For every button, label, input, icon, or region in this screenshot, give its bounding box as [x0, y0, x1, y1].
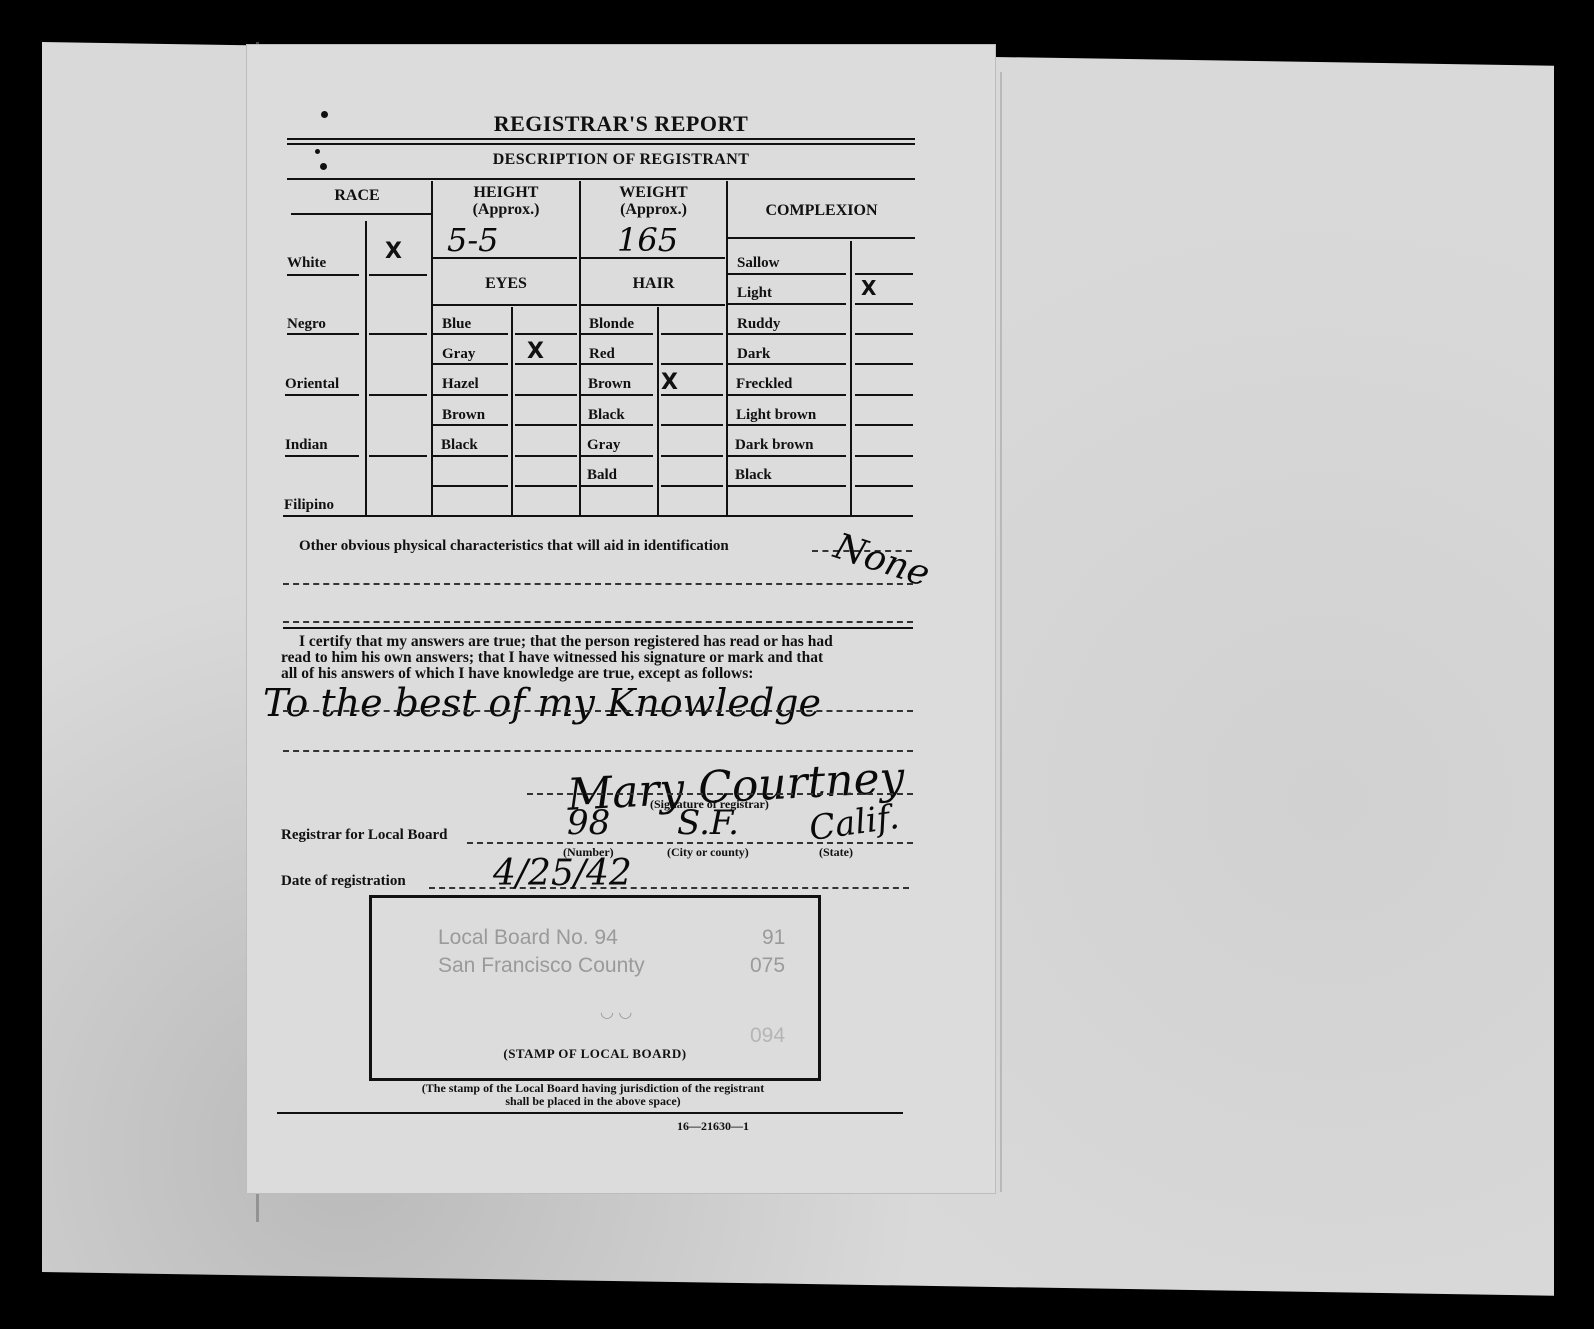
row-rule: [581, 485, 653, 487]
complexion-check-divider: [850, 241, 852, 515]
race-option-oriental: Oriental: [285, 376, 339, 393]
weight-rule: [581, 257, 725, 259]
row-rule: [287, 333, 359, 335]
row-rule: [855, 394, 913, 396]
row-rule: [287, 274, 359, 276]
height-header: HEIGHT: [433, 184, 579, 201]
row-rule: [728, 394, 846, 396]
race-option-negro: Negro: [287, 316, 326, 333]
height-subheader: (Approx.): [433, 201, 579, 218]
complexion-option-dark-brown: Dark brown: [735, 437, 814, 454]
complexion-check-mark[interactable]: X: [861, 276, 876, 300]
signature-line[interactable]: [527, 793, 913, 795]
title-rule-top: [287, 138, 915, 140]
footer-rule: [277, 1112, 903, 1114]
complexion-option-ruddy: Ruddy: [737, 316, 780, 333]
exception-line-2[interactable]: [283, 750, 913, 752]
stamp-caption: (STAMP OF LOCAL BOARD): [372, 1046, 818, 1062]
race-option-white: White: [287, 255, 326, 272]
eyes-option-hazel: Hazel: [442, 376, 479, 393]
row-rule: [581, 424, 653, 426]
hair-option-bald: Bald: [587, 467, 617, 484]
row-rule: [285, 394, 359, 396]
row-rule: [728, 273, 846, 275]
eyes-option-blue: Blue: [442, 316, 471, 333]
section-title: DESCRIPTION OF REGISTRANT: [247, 151, 995, 169]
row-rule: [515, 455, 577, 457]
eyes-header-rule: [433, 304, 577, 306]
hair-option-black: Black: [588, 407, 625, 424]
row-rule: [661, 333, 723, 335]
eyes-header: EYES: [433, 275, 579, 292]
row-rule: [855, 363, 913, 365]
card-shadow-edge: [1000, 72, 1002, 1192]
row-rule: [515, 394, 577, 396]
hair-header-rule: [581, 304, 725, 306]
race-option-indian: Indian: [285, 437, 328, 454]
hair-option-blonde: Blonde: [589, 316, 634, 333]
other-characteristics-label: Other obvious physical characteristics t…: [299, 538, 729, 555]
row-rule: [728, 485, 846, 487]
other-characteristics-line-3[interactable]: [283, 621, 913, 623]
local-board-stamp-box: Local Board No. 94 San Francisco County …: [369, 895, 821, 1081]
form-number: 16—21630—1: [677, 1119, 749, 1134]
complexion-option-light: Light: [737, 285, 772, 302]
weight-subheader: (Approx.): [581, 201, 726, 218]
complexion-option-freckled: Freckled: [736, 376, 792, 393]
row-rule: [515, 363, 577, 365]
hair-option-red: Red: [589, 346, 615, 363]
row-rule: [661, 394, 723, 396]
complexion-option-dark: Dark: [737, 346, 770, 363]
row-rule: [728, 303, 846, 305]
row-rule: [581, 394, 653, 396]
row-rule: [515, 333, 577, 335]
row-rule: [855, 455, 913, 457]
row-rule: [369, 333, 427, 335]
height-rule: [433, 257, 577, 259]
stamp-line-1: Local Board No. 94: [438, 926, 618, 950]
race-check-mark[interactable]: X: [385, 239, 402, 264]
row-rule: [433, 424, 508, 426]
local-board-city-caption: (City or county): [667, 845, 749, 860]
date-of-registration-value: 4/25/42: [493, 853, 632, 894]
eyes-check-mark[interactable]: X: [527, 339, 544, 364]
complexion-header-rule: [728, 237, 915, 239]
row-rule: [433, 333, 508, 335]
date-of-registration-label: Date of registration: [281, 873, 406, 890]
weight-header: WEIGHT: [581, 184, 726, 201]
row-rule: [515, 485, 577, 487]
complexion-option-black: Black: [735, 467, 772, 484]
local-board-city: S.F.: [677, 803, 739, 843]
column-divider: [579, 181, 581, 515]
hair-option-brown: Brown: [588, 376, 631, 393]
stamp-mark: ◡ ◡: [600, 1002, 632, 1022]
row-rule: [661, 363, 723, 365]
row-rule: [855, 273, 913, 275]
section-rule: [287, 178, 915, 180]
race-check-divider: [365, 221, 367, 515]
row-rule: [855, 333, 913, 335]
eyes-option-brown: Brown: [442, 407, 485, 424]
race-header-rule: [291, 213, 431, 215]
local-board-state-caption: (State): [819, 845, 853, 860]
complexion-header: COMPLEXION: [728, 202, 915, 219]
weight-value: 165: [617, 221, 678, 259]
row-rule: [433, 363, 508, 365]
row-rule: [433, 394, 508, 396]
exception-line-1[interactable]: [283, 710, 913, 712]
race-header: RACE: [317, 187, 397, 204]
row-rule: [581, 363, 653, 365]
row-rule: [661, 485, 723, 487]
complexion-option-light-brown: Light brown: [736, 407, 816, 424]
column-divider: [431, 181, 433, 515]
row-rule: [661, 424, 723, 426]
registrar-report-card: REGISTRAR'S REPORT DESCRIPTION OF REGIST…: [247, 45, 995, 1193]
row-rule: [728, 424, 846, 426]
stamp-note-line-2: shall be placed in the above space): [365, 1094, 821, 1109]
row-rule: [581, 455, 653, 457]
complexion-option-sallow: Sallow: [737, 255, 780, 272]
row-rule: [581, 333, 653, 335]
local-board-label: Registrar for Local Board: [281, 827, 448, 844]
hair-option-gray: Gray: [587, 437, 620, 454]
stamp-line-2: San Francisco County: [438, 954, 645, 978]
eyes-check-divider: [511, 307, 513, 515]
row-rule: [369, 394, 427, 396]
row-rule: [369, 274, 427, 276]
row-rule: [855, 424, 913, 426]
row-rule: [728, 363, 846, 365]
row-rule: [661, 455, 723, 457]
row-rule: [433, 485, 508, 487]
stamp-code-3: 094: [750, 1024, 785, 1048]
stamp-code-1: 91: [762, 926, 785, 950]
row-rule: [728, 333, 846, 335]
row-rule: [433, 455, 508, 457]
race-option-filipino: Filipino: [284, 497, 334, 514]
hair-header: HAIR: [581, 275, 726, 292]
column-divider: [726, 181, 728, 515]
hair-check-mark[interactable]: X: [661, 370, 678, 395]
row-rule: [855, 303, 913, 305]
local-board-number: 98: [567, 803, 610, 843]
row-rule: [728, 455, 846, 457]
other-characteristics-line-2[interactable]: [283, 583, 913, 585]
certification-exception-handwritten: To the best of my Knowledge: [263, 681, 821, 725]
eyes-option-black: Black: [441, 437, 478, 454]
section-divider: [283, 627, 913, 629]
stamp-code-2: 075: [750, 954, 785, 978]
report-title: REGISTRAR'S REPORT: [247, 111, 995, 137]
height-value: 5-5: [447, 221, 499, 259]
row-rule: [285, 455, 359, 457]
title-rule-bottom: [287, 143, 915, 145]
row-rule: [855, 485, 913, 487]
row-rule: [515, 424, 577, 426]
hair-check-divider: [657, 307, 659, 515]
eyes-option-gray: Gray: [442, 346, 475, 363]
row-rule: [369, 455, 427, 457]
table-bottom-rule: [283, 515, 913, 517]
